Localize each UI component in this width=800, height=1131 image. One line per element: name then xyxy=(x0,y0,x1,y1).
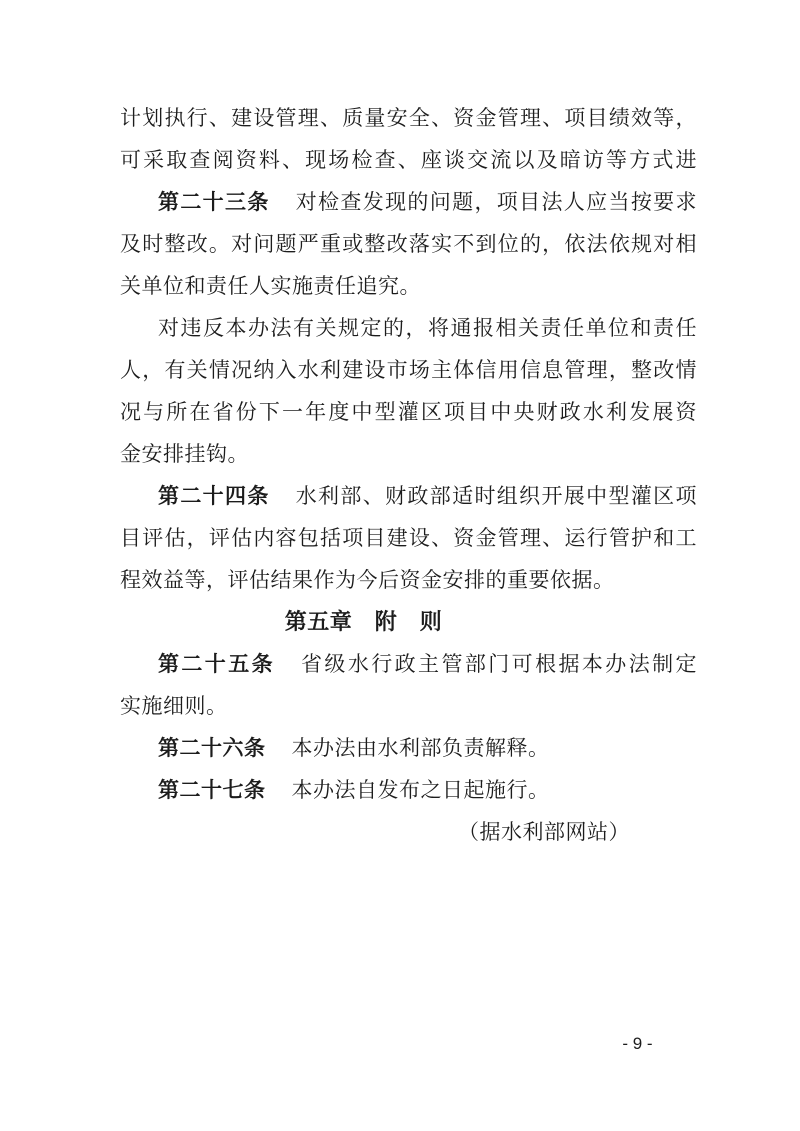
line-text: 目评估，评估内容包括项目建设、资金管理、运行管护和工 xyxy=(120,526,697,550)
page-number: - 9 - xyxy=(600,1032,675,1056)
document-line: 目评估，评估内容包括项目建设、资金管理、运行管护和工 xyxy=(120,517,697,559)
document-line: 实施细则。 xyxy=(120,685,697,727)
line-text: 第五章 附 则 xyxy=(285,609,443,634)
document-line: 况与所在省份下一年度中型灌区项目中央财政水利发展资 xyxy=(120,391,697,433)
line-text: 对违反本办法有关规定的，将通报相关责任单位和责任 xyxy=(158,316,697,340)
document-line: 第二十三条对检查发现的问题，项目法人应当按要求 xyxy=(120,181,697,223)
line-text: 可采取查阅资料、现场检查、座谈交流以及暗访等方式进行。 xyxy=(120,148,697,181)
document-line: 人，有关情况纳入水利建设市场主体信用信息管理，整改情 xyxy=(120,349,697,391)
document-line: 关单位和责任人实施责任追究。 xyxy=(120,265,697,307)
document-line: 第二十七条本办法自发布之日起施行。 xyxy=(120,769,697,811)
document-line: 对违反本办法有关规定的，将通报相关责任单位和责任 xyxy=(120,307,697,349)
line-text: 况与所在省份下一年度中型灌区项目中央财政水利发展资 xyxy=(120,400,697,424)
document-line: 计划执行、建设管理、质量安全、资金管理、项目绩效等， xyxy=(120,97,697,139)
line-text: 程效益等，评估结果作为今后资金安排的重要依据。 xyxy=(120,568,615,592)
document-line: 金安排挂钩。 xyxy=(120,433,697,475)
document-line: 可采取查阅资料、现场检查、座谈交流以及暗访等方式进行。 xyxy=(120,139,697,181)
document-line: （据水利部网站） xyxy=(120,811,697,853)
article-number-label: 第二十五条 xyxy=(158,652,275,676)
document-page: 计划执行、建设管理、质量安全、资金管理、项目绩效等，可采取查阅资料、现场检查、座… xyxy=(0,0,800,1131)
line-text: 计划执行、建设管理、质量安全、资金管理、项目绩效等， xyxy=(120,106,697,130)
line-text: （据水利部网站） xyxy=(458,820,630,844)
document-line: 第二十四条水利部、财政部适时组织开展中型灌区项 xyxy=(120,475,697,517)
document-line: 及时整改。对问题严重或整改落实不到位的，依法依规对相 xyxy=(120,223,697,265)
chapter-heading: 第五章 附 则 xyxy=(120,601,697,643)
document-line: 第二十六条本办法由水利部负责解释。 xyxy=(120,727,697,769)
line-text: 实施细则。 xyxy=(120,694,228,718)
line-text: 及时整改。对问题严重或整改落实不到位的，依法依规对相 xyxy=(120,232,697,256)
article-number-label: 第二十六条 xyxy=(158,736,266,760)
line-text: 本办法自发布之日起施行。 xyxy=(292,778,550,802)
line-text: 关单位和责任人实施责任追究。 xyxy=(120,274,421,298)
document-body: 计划执行、建设管理、质量安全、资金管理、项目绩效等，可采取查阅资料、现场检查、座… xyxy=(120,97,697,853)
article-number-label: 第二十七条 xyxy=(158,778,266,802)
document-line: 第二十五条省级水行政主管部门可根据本办法制定 xyxy=(120,643,697,685)
line-text: 对检查发现的问题，项目法人应当按要求 xyxy=(296,190,697,214)
line-text: 本办法由水利部负责解释。 xyxy=(292,736,550,760)
article-number-label: 第二十四条 xyxy=(158,484,270,508)
line-text: 金安排挂钩。 xyxy=(120,442,249,466)
line-text: 省级水行政主管部门可根据本办法制定 xyxy=(301,652,697,676)
article-number-label: 第二十三条 xyxy=(158,190,270,214)
line-text: 人，有关情况纳入水利建设市场主体信用信息管理，整改情 xyxy=(120,358,697,382)
line-text: 水利部、财政部适时组织开展中型灌区项 xyxy=(296,484,697,508)
document-line: 程效益等，评估结果作为今后资金安排的重要依据。 xyxy=(120,559,697,601)
